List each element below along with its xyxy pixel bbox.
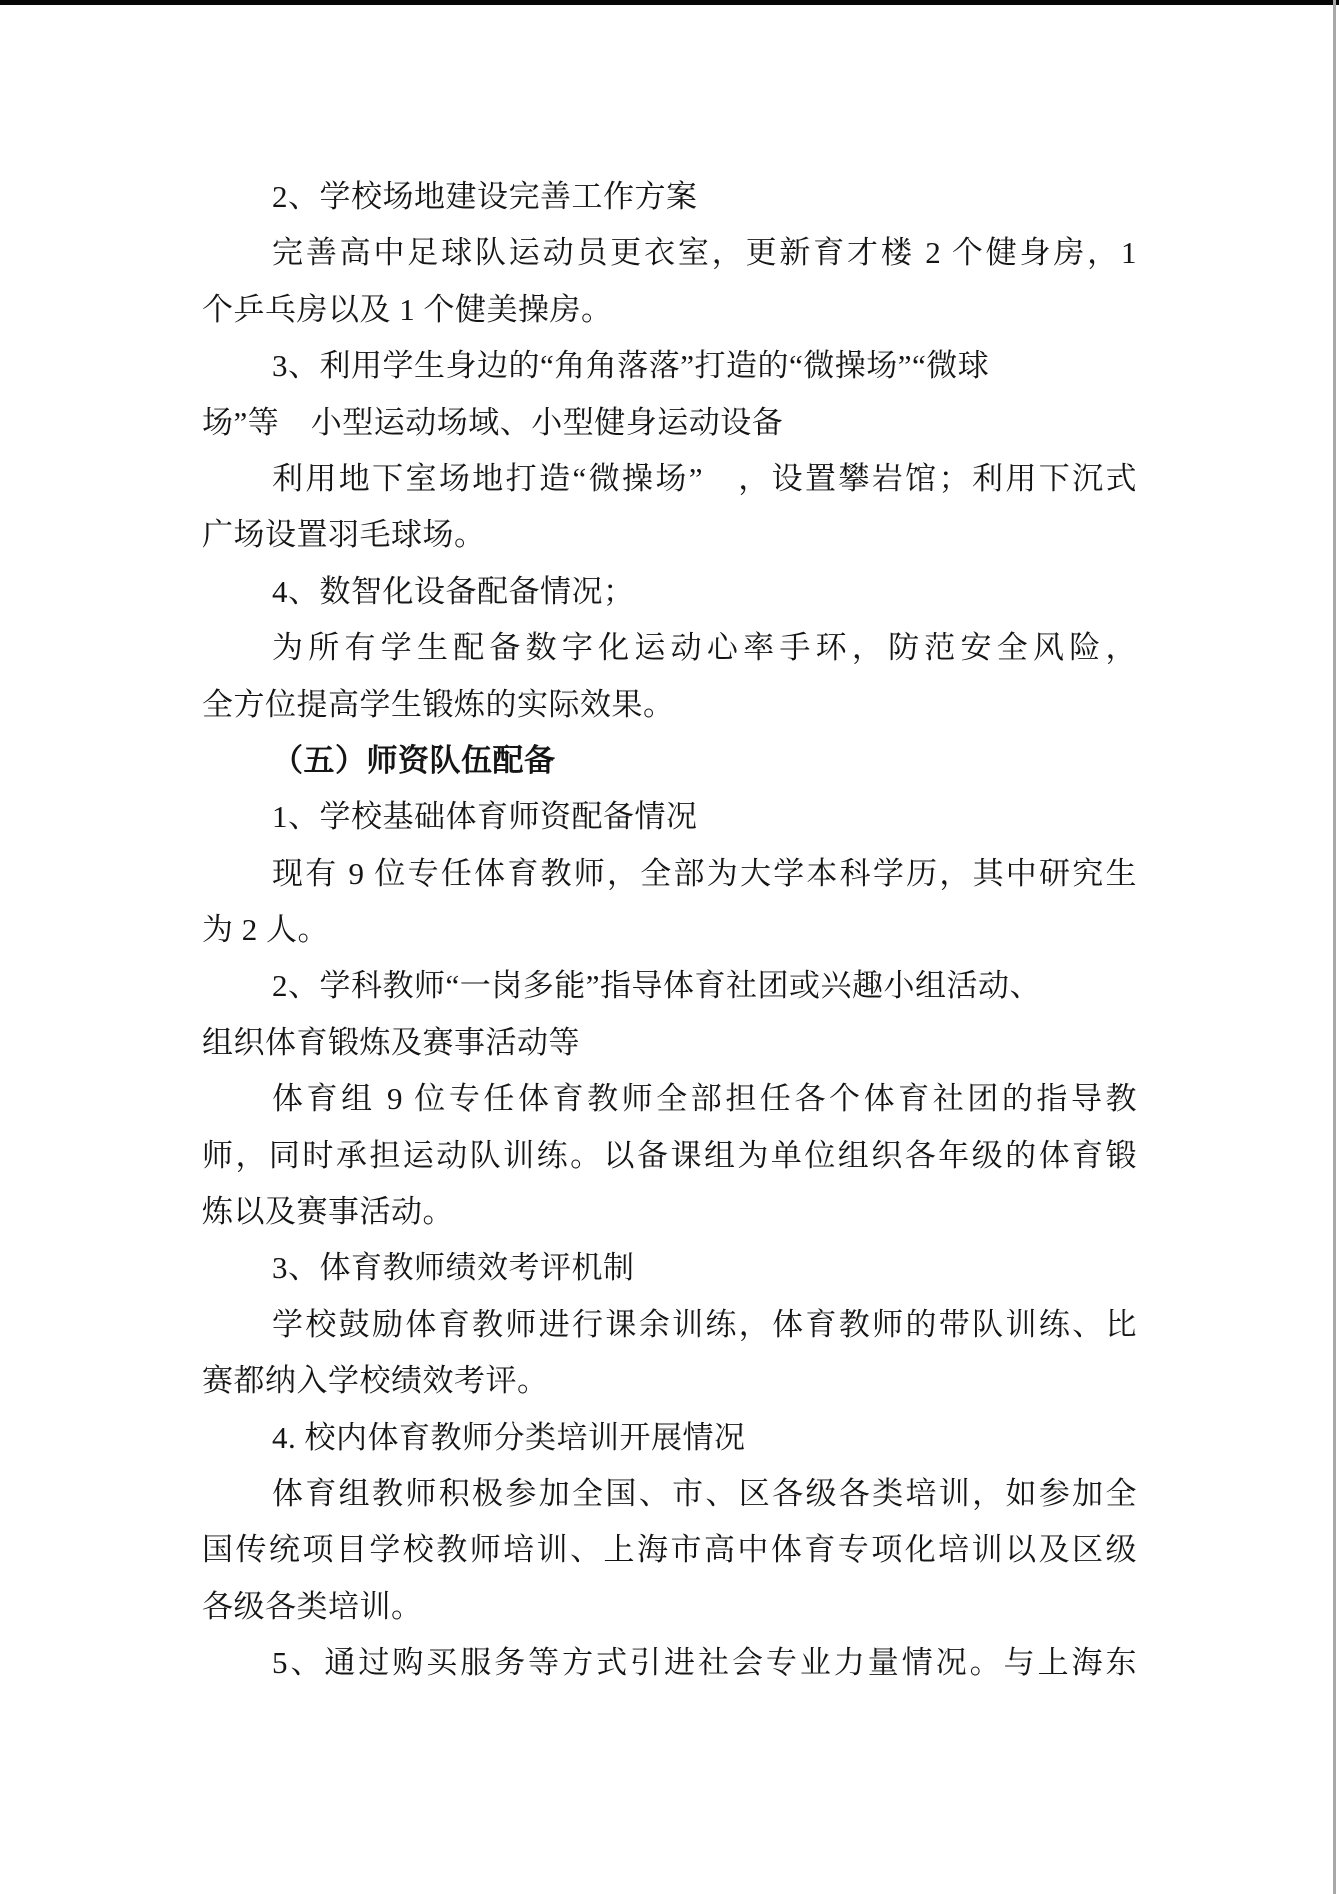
text-line: 利用地下室场地打造“微操场” ，设置攀岩馆；利用下沉式 xyxy=(202,451,1137,507)
text-line: 学校鼓励体育教师进行课余训练，体育教师的带队训练、比 xyxy=(202,1297,1137,1353)
text-line: 广场设置羽毛球场。 xyxy=(202,507,1137,563)
text-line: 个乒乓房以及 1 个健美操房。 xyxy=(202,282,1137,338)
page-top-border xyxy=(0,0,1339,5)
text-line: 师，同时承担运动队训练。以备课组为单位组织各年级的体育锻 xyxy=(202,1128,1137,1184)
text-line: 2、学科教师“一岗多能”指导体育社团或兴趣小组活动、 xyxy=(202,958,1137,1014)
section-heading: （五）师资队伍配备 xyxy=(202,733,1137,789)
text-line: 体育组 9 位专任体育教师全部担任各个体育社团的指导教 xyxy=(202,1071,1137,1127)
text-line: 炼以及赛事活动。 xyxy=(202,1184,1137,1240)
text-line: 各级各类培训。 xyxy=(202,1579,1137,1635)
document-page: { "page": { "background_color": "#ffffff… xyxy=(0,0,1339,1894)
text-line: 体育组教师积极参加全国、市、区各级各类培训，如参加全 xyxy=(202,1466,1137,1522)
text-line: 全方位提高学生锻炼的实际效果。 xyxy=(202,677,1137,733)
page-right-rule xyxy=(1333,0,1336,1894)
text-line: 4. 校内体育教师分类培训开展情况 xyxy=(202,1410,1137,1466)
text-line: 为 2 人。 xyxy=(202,902,1137,958)
text-line: 4、数智化设备配备情况； xyxy=(202,564,1137,620)
text-line: 完善高中足球队运动员更衣室，更新育才楼 2 个健身房，1 xyxy=(202,225,1137,281)
text-line: 3、利用学生身边的“角角落落”打造的“微操场”“微球 xyxy=(202,338,1137,394)
text-line: 为所有学生配备数字化运动心率手环，防范安全风险， xyxy=(202,620,1137,676)
document-text-body: 2、学校场地建设完善工作方案完善高中足球队运动员更衣室，更新育才楼 2 个健身房… xyxy=(202,169,1137,1692)
text-line: 5、通过购买服务等方式引进社会专业力量情况。与上海东 xyxy=(202,1635,1137,1691)
text-line: 3、体育教师绩效考评机制 xyxy=(202,1240,1137,1296)
text-line: 1、学校基础体育师资配备情况 xyxy=(202,789,1137,845)
text-line: 现有 9 位专任体育教师，全部为大学本科学历，其中研究生 xyxy=(202,846,1137,902)
text-line: 赛都纳入学校绩效考评。 xyxy=(202,1353,1137,1409)
text-line: 组织体育锻炼及赛事活动等 xyxy=(202,1015,1137,1071)
text-line: 2、学校场地建设完善工作方案 xyxy=(202,169,1137,225)
text-line: 国传统项目学校教师培训、上海市高中体育专项化培训以及区级 xyxy=(202,1522,1137,1578)
text-line: 场”等 小型运动场域、小型健身运动设备 xyxy=(202,395,1137,451)
